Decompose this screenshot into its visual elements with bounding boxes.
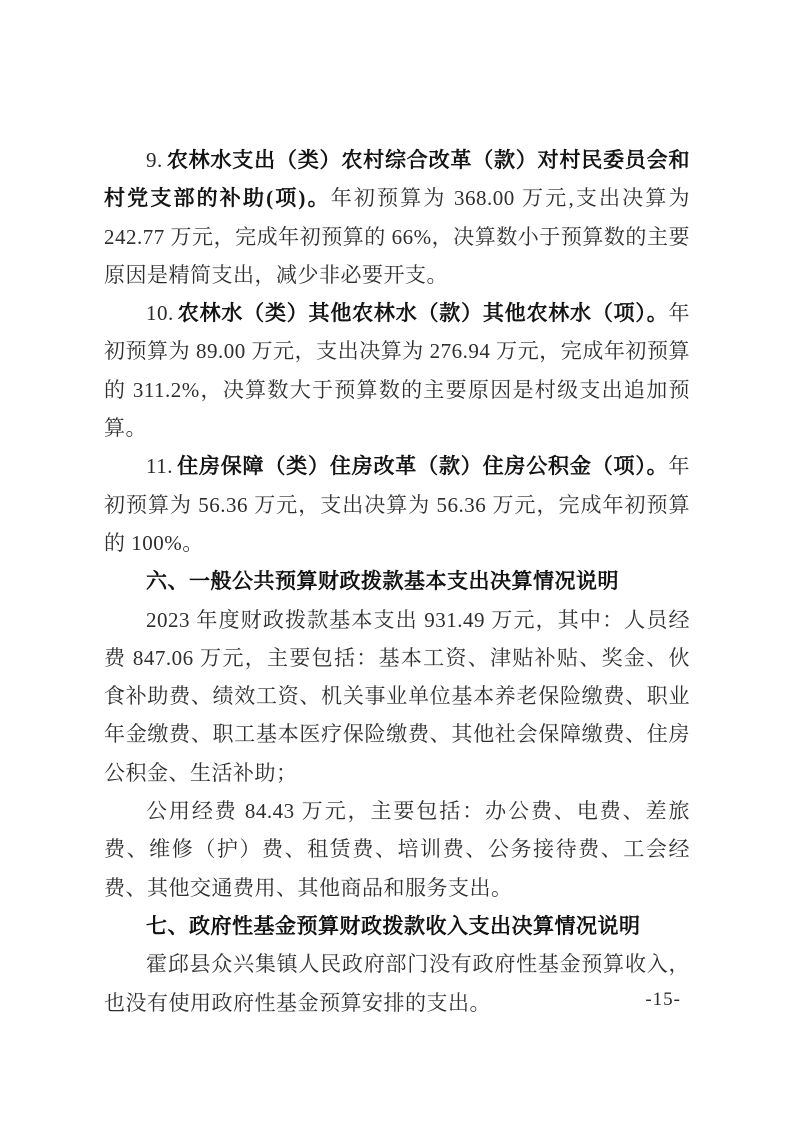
section-heading-6: 六、一般公共预算财政拨款基本支出决算情况说明 [104, 562, 690, 600]
section-heading-7: 七、政府性基金预算财政拨款收入支出决算情况说明 [104, 907, 690, 945]
paragraph-basic-expense-personnel: 2023 年度财政拨款基本支出 931.49 万元，其中：人员经费 847.06… [104, 601, 690, 792]
item-9-number: 9. [146, 148, 163, 172]
item-11-title: 住房保障（类）住房改革（款）住房公积金（项）。 [177, 454, 669, 478]
item-10-title: 农林水（类）其他农林水（款）其他农林水（项）。 [178, 301, 669, 325]
paragraph-item-10: 10.农林水（类）其他农林水（款）其他农林水（项）。年初预算为 89.00 万元… [104, 294, 690, 447]
paragraph-basic-expense-public: 公用经费 84.43 万元，主要包括：办公费、电费、差旅费、维修（护）费、租赁费… [104, 792, 690, 907]
paragraph-item-9: 9.农林水支出（类）农村综合改革（款）对村民委员会和村党支部的补助(项)。年初预… [104, 141, 690, 294]
item-10-number: 10. [146, 301, 174, 325]
item-11-number: 11. [146, 454, 173, 478]
page-number: -15- [645, 988, 681, 1012]
document-body: 9.农林水支出（类）农村综合改革（款）对村民委员会和村党支部的补助(项)。年初预… [104, 141, 690, 1022]
paragraph-government-fund: 霍邱县众兴集镇人民政府部门没有政府性基金预算收入，也没有使用政府性基金预算安排的… [104, 945, 690, 1022]
document-page: 9.农林水支出（类）农村综合改革（款）对村民委员会和村党支部的补助(项)。年初预… [0, 0, 793, 1122]
paragraph-item-11: 11.住房保障（类）住房改革（款）住房公积金（项）。年初预算为 56.36 万元… [104, 447, 690, 562]
